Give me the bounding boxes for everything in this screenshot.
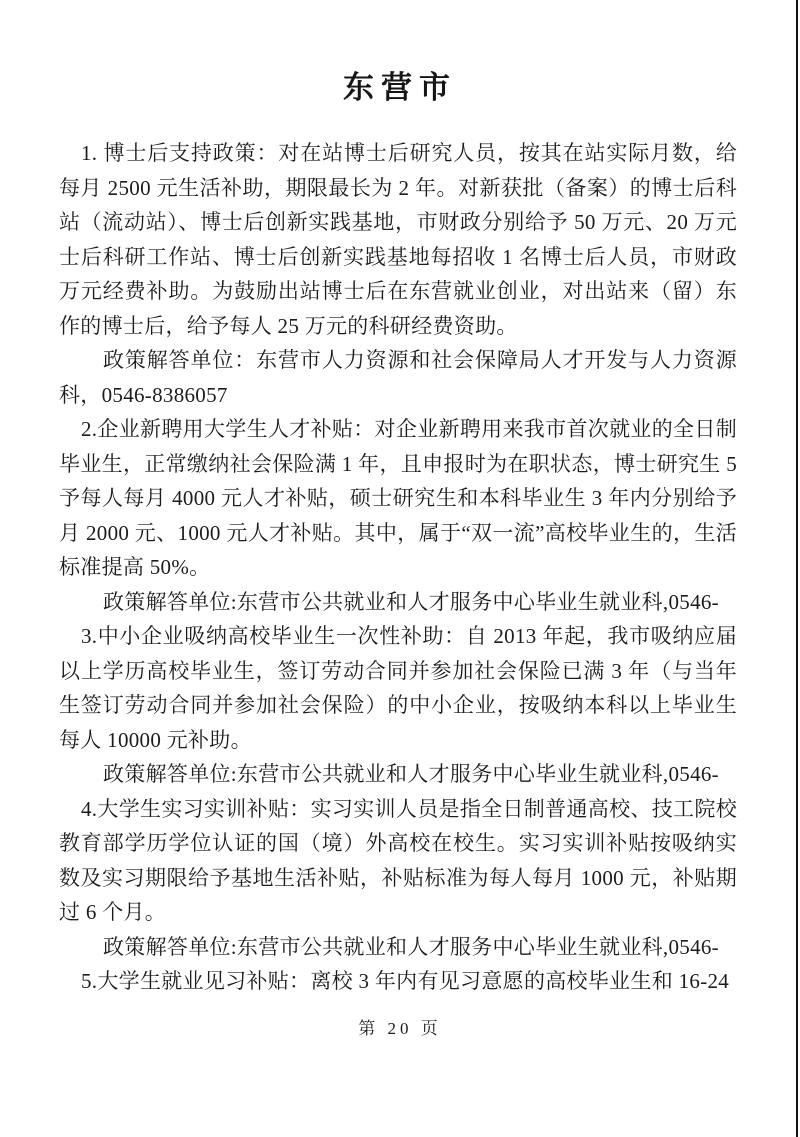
page-title: 东营市 (0, 62, 800, 107)
contact-line: 政策解答单位:东营市公共就业和人才服务中心毕业生就业科,0546-6378978 (59, 585, 737, 620)
page-number: 第 20 页 (0, 1014, 800, 1039)
contact-line: 政策解答单位：东营市人力资源和社会保障局人才开发与人力资源流动管理 (59, 343, 737, 378)
policy-text-line: 月 2000 元、1000 元人才补贴。其中，属于“双一流”高校毕业生的，生活补… (59, 516, 737, 551)
scanned-document-page: 东营市 1. 博士后支持政策：对在站博士后研究人员，按其在站实际月数，给予每人每… (0, 0, 800, 1137)
policy-text-line: 毕业生，正常缴纳社会保险满 1 年，且申报时为在职状态，博士研究生 5 年内给 (59, 447, 737, 482)
contact-line: 政策解答单位:东营市公共就业和人才服务中心毕业生就业科,0546-6378978 (59, 757, 737, 792)
policy-text-line: 每人 10000 元补助。 (59, 723, 737, 758)
contact-line: 政策解答单位:东营市公共就业和人才服务中心毕业生就业科,0546-6378978 (59, 930, 737, 965)
policy-text-line: 过 6 个月。 (59, 895, 737, 930)
policy-text-line: 标准提高 50%。 (59, 550, 737, 585)
policy-text-line: 每月 2500 元生活补助，期限最长为 2 年。对新获批（备案）的博士后科研工作 (59, 171, 737, 206)
policy-text-line: 生签订劳动合同并参加社会保险）的中小企业，按吸纳本科以上毕业生数量享受 (59, 688, 737, 723)
policy-text-line: 1. 博士后支持政策：对在站博士后研究人员，按其在站实际月数，给予每人 (59, 136, 737, 171)
document-body: 1. 博士后支持政策：对在站博士后研究人员，按其在站实际月数，给予每人每月 25… (59, 136, 737, 999)
scan-edge-line (796, 0, 798, 1137)
policy-text-line: 士后科研工作站、博士后创新实践基地每招收 1 名博士后人员，市财政给予 10 (59, 240, 737, 275)
policy-text-line: 教育部学历学位认证的国（境）外高校在校生。实习实训补贴按吸纳实习实训人 (59, 826, 737, 861)
policy-text-line: 万元经费补助。为鼓励出站博士后在东营就业创业，对出站来（留）东营企业工 (59, 274, 737, 309)
policy-text-line: 3.中小企业吸纳高校毕业生一次性补助：自 2013 年起，我市吸纳应届本科及 (59, 619, 737, 654)
policy-text-line: 以上学历高校毕业生，签订劳动合同并参加社会保险已满 3 年（与当年应届毕业 (59, 654, 737, 689)
policy-text-line: 2.企业新聘用大学生人才补贴：对企业新聘用来我市首次就业的全日制大学 (59, 412, 737, 447)
policy-text-line: 4.大学生实习实训补贴：实习实训人员是指全日制普通高校、技工院校和经 (59, 792, 737, 827)
contact-line: 科，0546-8386057 (59, 378, 737, 413)
policy-text-line: 作的博士后，给予每人 25 万元的科研经费资助。 (59, 309, 737, 344)
policy-text-line: 数及实习期限给予基地生活补贴，补贴标准为每人每月 1000 元，补贴期限不超 (59, 861, 737, 896)
policy-text-line: 站（流动站）、博士后创新实践基地，市财政分别给予 50 万元、20 万元奖励；博 (59, 205, 737, 240)
policy-text-line: 予每人每月 4000 元人才补贴，硕士研究生和本科毕业生 3 年内分别给予每人每 (59, 481, 737, 516)
policy-text-line: 5.大学生就业见习补贴：离校 3 年内有见习意愿的高校毕业生和 16-24 周岁 (59, 964, 737, 999)
